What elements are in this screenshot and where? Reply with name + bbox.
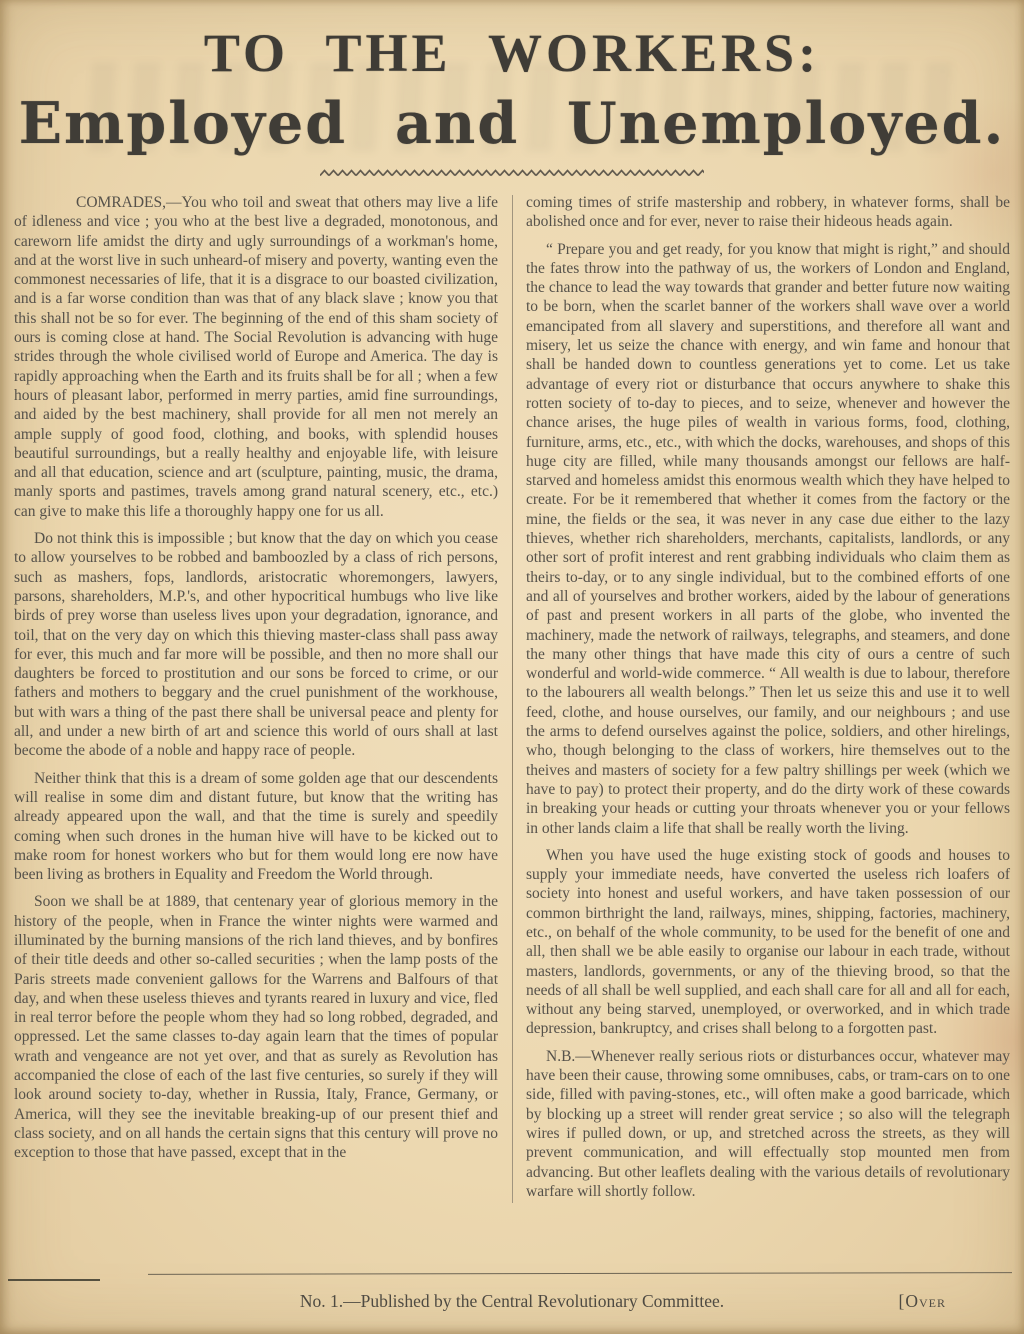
pamphlet-page: TO THE WORKERS: Employed and Unemployed.… [0, 0, 1024, 1334]
left-column: COMRADES,—You who toil and sweat that ot… [14, 193, 498, 1209]
imprint-text: No. 1.—Published by the Central Revoluti… [300, 1291, 724, 1311]
masthead: TO THE WORKERS: Employed and Unemployed. [0, 0, 1024, 179]
paragraph: “ Prepare you and get ready, for you kno… [526, 240, 1010, 838]
paragraph: Neither think that this is a dream of so… [14, 769, 498, 885]
column-rule [512, 195, 513, 1203]
imprint-footer: No. 1.—Published by the Central Revoluti… [0, 1273, 1024, 1312]
paragraph: Soon we shall be at 1889, that centenary… [14, 892, 498, 1162]
paragraph: When you have used the huge existing sto… [526, 846, 1010, 1039]
paragraph: Do not think this is impossible ; but kn… [14, 529, 498, 761]
page-title-line1: TO THE WORKERS: [0, 22, 1024, 84]
footer-rule [148, 1272, 1012, 1275]
paragraph: COMRADES,—You who toil and sweat that ot… [14, 193, 498, 521]
two-column-body: COMRADES,—You who toil and sweat that ot… [0, 179, 1024, 1209]
paragraph: coming times of strife mastership and ro… [526, 193, 1010, 232]
page-title-line2: Employed and Unemployed. [0, 90, 1024, 157]
over-label: [Over [899, 1291, 946, 1312]
right-column: coming times of strife mastership and ro… [526, 193, 1010, 1209]
zigzag-divider [320, 167, 704, 179]
paragraph: N.B.—Whenever really serious riots or di… [526, 1047, 1010, 1201]
footer-rule-left [8, 1279, 100, 1281]
